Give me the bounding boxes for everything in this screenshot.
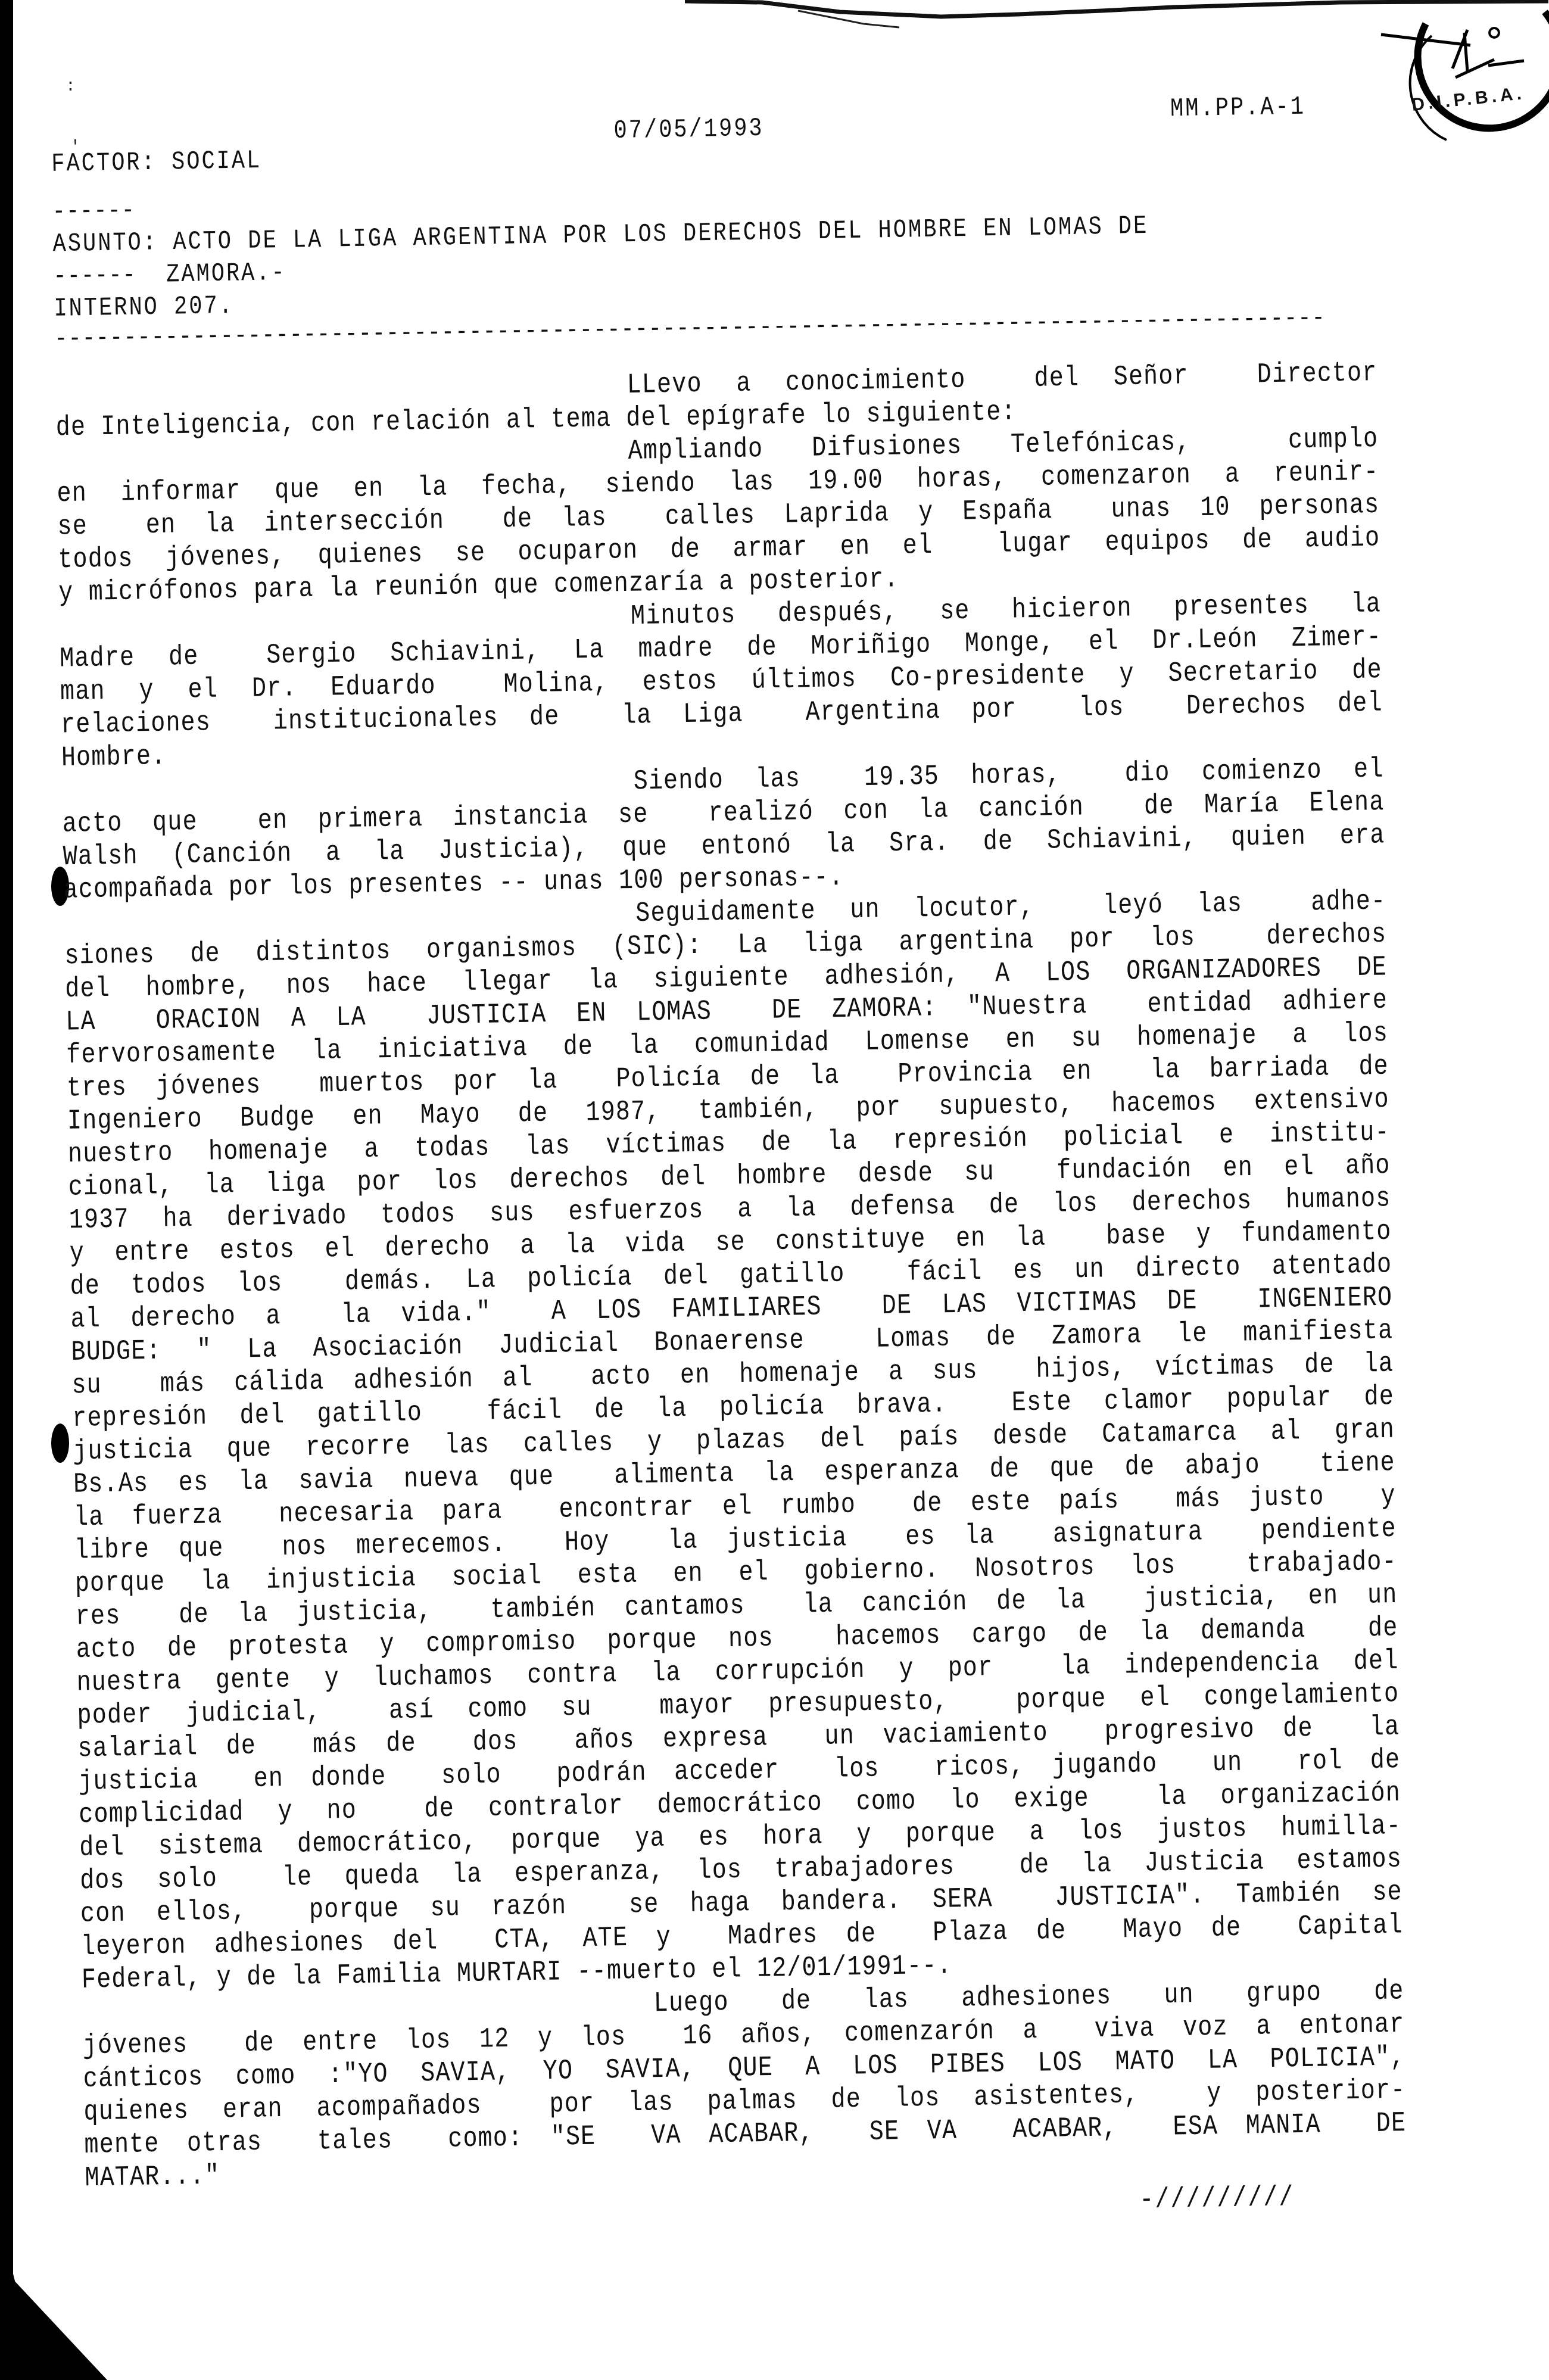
- factor-value: SOCIAL: [172, 147, 262, 177]
- closing-mark: -/////////: [1139, 2182, 1295, 2216]
- subject-text-line2: ZAMORA.-: [166, 258, 286, 290]
- factor-field: FACTOR: SOCIAL: [51, 147, 262, 179]
- subject-label: ASUNTO:: [52, 228, 158, 259]
- scan-border-corner: [0, 2273, 107, 2380]
- subject-dash-block: ------: [53, 261, 136, 292]
- report-page: FACTOR: SOCIAL 07/05/1993 MM.PP.A-1 ----…: [51, 90, 1473, 2195]
- report-reference: MM.PP.A-1: [1170, 92, 1306, 124]
- factor-label: FACTOR:: [51, 148, 157, 179]
- report-date: 07/05/1993: [613, 114, 764, 146]
- stray-mark: :: [66, 77, 76, 96]
- punch-hole-bottom: [51, 1423, 69, 1463]
- report-body: LLevo a conocimiento del Señor Directord…: [55, 357, 1407, 2195]
- report-header: FACTOR: SOCIAL 07/05/1993 MM.PP.A-1: [51, 90, 1439, 168]
- scan-border-left: [0, 0, 13, 2380]
